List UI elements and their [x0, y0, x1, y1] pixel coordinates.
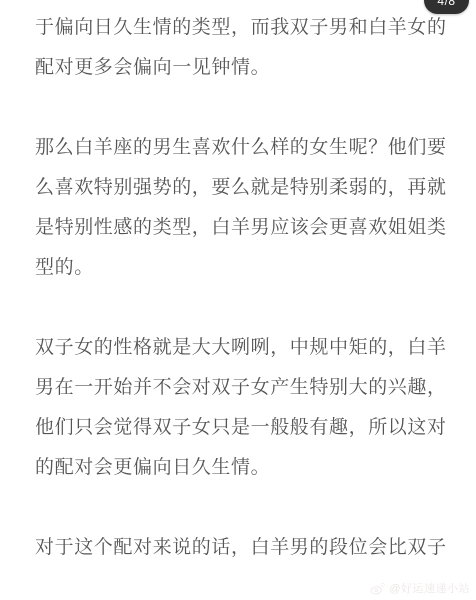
weibo-logo-icon — [370, 582, 385, 595]
watermark-handle: @好运速递小站 — [389, 580, 470, 596]
text-line: 他们只会觉得双子女只是一般般有趣，所以这对 — [35, 408, 448, 448]
paragraph: 双子女的性格就是大大咧咧，中规中矩的，白羊 男在一开始并不会对双子女产生特别大的… — [35, 328, 448, 488]
text-line: 配对更多会偏向一见钟情。 — [35, 48, 448, 88]
paragraph: 对于这个配对来说的话，白羊男的段位会比双子 — [35, 528, 448, 568]
image-counter-text: 4/8 — [437, 0, 455, 8]
text-line: 男在一开始并不会对双子女产生特别大的兴趣， — [35, 368, 448, 408]
article-text: 于偏向日久生情的类型，而我双子男和白羊女的 配对更多会偏向一见钟情。 那么白羊座… — [35, 8, 448, 568]
paragraph: 于偏向日久生情的类型，而我双子男和白羊女的 配对更多会偏向一见钟情。 — [35, 8, 448, 88]
watermark: @好运速递小站 — [370, 580, 470, 596]
text-line: 型的。 — [35, 248, 448, 288]
image-page: 4/8 于偏向日久生情的类型，而我双子男和白羊女的 配对更多会偏向一见钟情。 那… — [0, 0, 476, 600]
text-line: 的配对会更偏向日久生情。 — [35, 448, 448, 488]
paragraph: 那么白羊座的男生喜欢什么样的女生呢？他们要 么喜欢特别强势的，要么就是特别柔弱的… — [35, 128, 448, 288]
text-line: 于偏向日久生情的类型，而我双子男和白羊女的 — [35, 8, 448, 48]
text-line: 么喜欢特别强势的，要么就是特别柔弱的，再就 — [35, 168, 448, 208]
text-line: 双子女的性格就是大大咧咧，中规中矩的，白羊 — [35, 328, 448, 368]
text-line: 对于这个配对来说的话，白羊男的段位会比双子 — [35, 528, 448, 568]
text-line: 是特别性感的类型，白羊男应该会更喜欢姐姐类 — [35, 208, 448, 248]
text-line: 那么白羊座的男生喜欢什么样的女生呢？他们要 — [35, 128, 448, 168]
image-counter-badge: 4/8 — [424, 0, 469, 14]
